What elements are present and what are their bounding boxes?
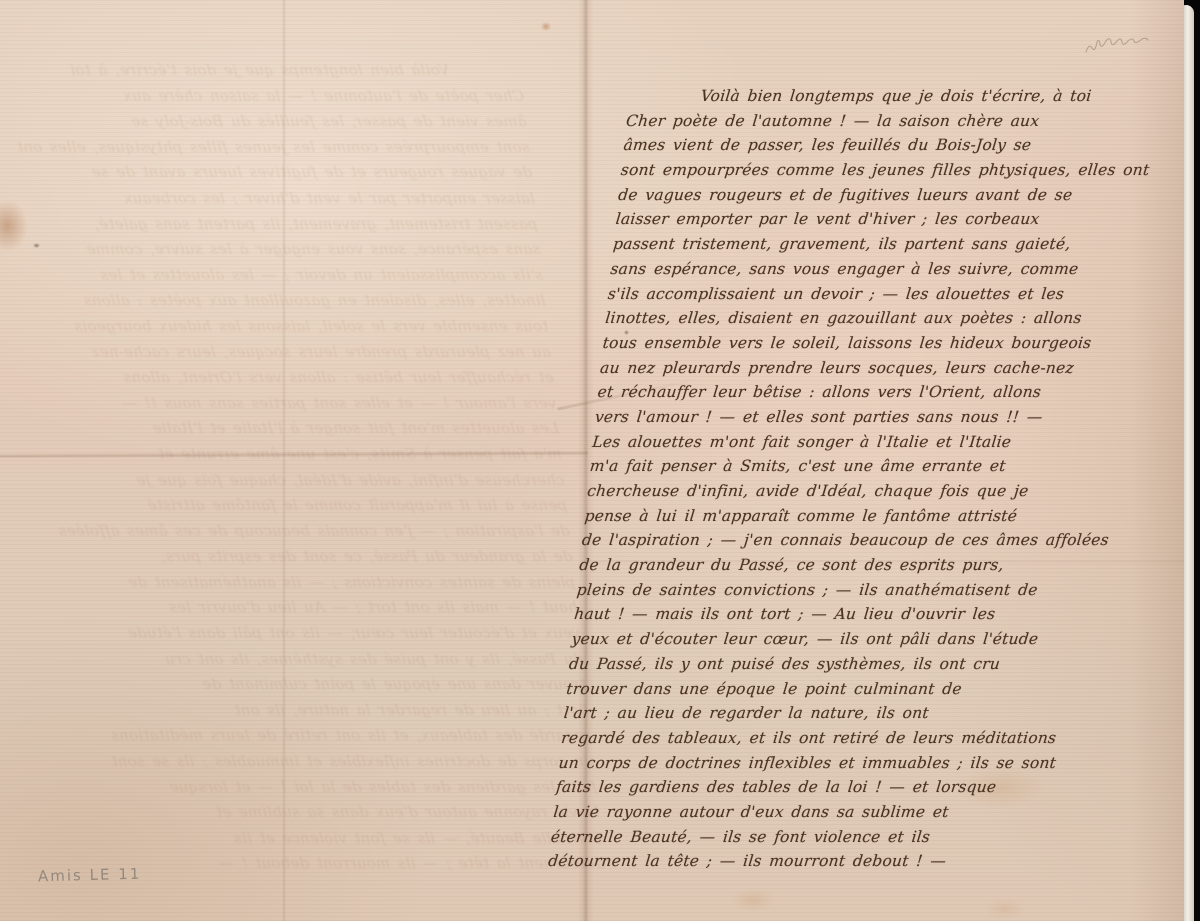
- letter-line: sont empourprées comme les jeunes filles…: [620, 158, 1179, 183]
- bleedthrough-line: passent tristement, gravement, ils parte…: [0, 212, 539, 238]
- letter-line: s'ils accomplissaient un devoir ; — les …: [607, 282, 1166, 307]
- letter-line: éternelle Beauté, — ils se font violence…: [550, 825, 1109, 850]
- letter-line: du Passé, ils y ont puisé des systhèmes,…: [568, 652, 1127, 677]
- bleedthrough-line: chercheuse d'infini, avide d'Idéal, chaq…: [18, 468, 566, 494]
- letter-line: et réchauffer leur bêtise : allons vers …: [596, 380, 1155, 405]
- letter-line: tous ensemble vers le soleil, laissons l…: [601, 331, 1160, 356]
- bleedthrough-line: la vie rayonne autour d'eux dans sa subl…: [53, 800, 601, 826]
- bleedthrough-line: un corps de doctrines inflexibles et imm…: [48, 749, 596, 775]
- bleedthrough-line: regardé des tableaux, et ils ont retiré …: [45, 723, 593, 749]
- stain: [730, 888, 776, 912]
- letter-line: chercheuse d'infini, avide d'Idéal, chaq…: [586, 479, 1145, 504]
- letter-line: vers l'amour ! — et elles sont parties s…: [594, 405, 1153, 430]
- bleedthrough-line: de la grandeur du Passé, ce sont des esp…: [26, 544, 574, 570]
- letter-line: de l'aspiration ; — j'en connais beaucou…: [581, 528, 1140, 553]
- bleedthrough-line: laisser emporter par le vent d'hiver ; l…: [0, 186, 536, 212]
- bleedthrough-line: sont empourprées comme les jeunes filles…: [0, 135, 531, 161]
- letter-line: haut ! — mais ils ont tort ; — Au lieu d…: [573, 602, 1132, 627]
- letter-line: faits les gardiens des tables de la loi …: [555, 775, 1114, 800]
- letter-line: la vie rayonne autour d'eux dans sa subl…: [552, 800, 1111, 825]
- letter-scan: Voilà bien longtemps que je dois t'écrir…: [0, 0, 1200, 921]
- bleedthrough-line: Cher poète de l'automne ! — la saison ch…: [0, 84, 525, 110]
- bleedthrough-line: pleins de saintes convictions ; — ils an…: [29, 570, 577, 596]
- stain: [541, 22, 551, 31]
- letter-line: linottes, elles, disaient en gazouillant…: [604, 306, 1163, 331]
- bleedthrough-line: de vagues rougeurs et de fugitives lueur…: [0, 160, 533, 186]
- letter-line: sans espérance, sans vous engager à les …: [609, 257, 1168, 282]
- letter-line: détournent la tête ; — ils mourront debo…: [547, 849, 1106, 874]
- letter-line: passent tristement, gravement, ils parte…: [612, 232, 1171, 257]
- bleedthrough-line: sans espérance, sans vous engager à les …: [0, 237, 541, 263]
- pencil-inscription-icon: [1082, 32, 1154, 58]
- letter-line: pense à lui il m'apparaît comme le fantô…: [583, 504, 1142, 529]
- letter-line: un corps de doctrines inflexibles et imm…: [557, 751, 1116, 776]
- letter-line: Cher poète de l'automne ! — la saison ch…: [625, 109, 1184, 134]
- bleedthrough-line: pense à lui il m'apparaît comme le fantô…: [21, 493, 569, 519]
- letter-line: pleins de saintes convictions ; — ils an…: [576, 578, 1135, 603]
- pencil-annotation: Amis LE 11: [38, 865, 142, 886]
- letter-line: Voilà bien longtemps que je dois t'écrir…: [627, 84, 1186, 109]
- bleedthrough-line: du Passé, ils y ont puisé des systhèmes,…: [37, 647, 585, 673]
- letter-paper: Voilà bien longtemps que je dois t'écrir…: [0, 0, 1184, 921]
- letter-line: laisser emporter par le vent d'hiver ; l…: [614, 207, 1173, 232]
- letter-line: de la grandeur du Passé, ce sont des esp…: [578, 553, 1137, 578]
- bleedthrough-line: l'art ; au lieu de regarder la nature, i…: [42, 698, 590, 724]
- letter-line: trouver dans une époque le point culmina…: [565, 677, 1124, 702]
- bleedthrough-line: s'ils accomplissaient un devoir ; — les …: [0, 263, 544, 289]
- bleedthrough-line: Les alouettes m'ont fait songer à l'Ital…: [13, 416, 561, 442]
- bleedthrough-line: yeux et d'écouter leur cœur, — ils ont p…: [34, 621, 582, 647]
- letter-line: âmes vient de passer, les feuillés du Bo…: [622, 133, 1181, 158]
- bleedthrough-text: Voilà bien longtemps que je dois t'écrir…: [0, 58, 606, 877]
- bleedthrough-line: au nez pleurards prendre leurs socques, …: [5, 340, 553, 366]
- letter-body: Voilà bien longtemps que je dois t'écrir…: [547, 84, 1186, 874]
- letter-line: de vagues rougeurs et de fugitives lueur…: [617, 183, 1176, 208]
- bleedthrough-line: trouver dans une époque le point culmina…: [40, 672, 588, 698]
- bleedthrough-line: âmes vient de passer, les feuillés du Bo…: [0, 109, 528, 135]
- bleedthrough-line: éternelle Beauté, — ils se font violence…: [56, 826, 604, 852]
- bleedthrough-line: linottes, elles, disaient en gazouillant…: [0, 288, 547, 314]
- bleedthrough-line: tous ensemble vers le soleil, laissons l…: [2, 314, 550, 340]
- letter-line: au nez pleurards prendre leurs socques, …: [599, 356, 1158, 381]
- letter-line: l'art ; au lieu de regarder la nature, i…: [563, 701, 1122, 726]
- bleedthrough-line: faits les gardiens des tables de la loi …: [50, 775, 598, 801]
- bleedthrough-line: haut ! — mais ils ont tort ; — Au lieu d…: [31, 595, 579, 621]
- bleedthrough-line: Voilà bien longtemps que je dois t'écrir…: [0, 58, 523, 84]
- vertical-crease-left-page: [282, 0, 286, 921]
- letter-line: regardé des tableaux, et ils ont retiré …: [560, 726, 1119, 751]
- stain: [985, 898, 1025, 920]
- letter-line: m'a fait penser à Smits, c'est une âme e…: [588, 454, 1147, 479]
- bleedthrough-line: de l'aspiration ; — j'en connais beaucou…: [23, 519, 571, 545]
- letter-line: yeux et d'écouter leur cœur, — ils ont p…: [570, 627, 1129, 652]
- letter-line: Les alouettes m'ont fait songer à l'Ital…: [591, 430, 1150, 455]
